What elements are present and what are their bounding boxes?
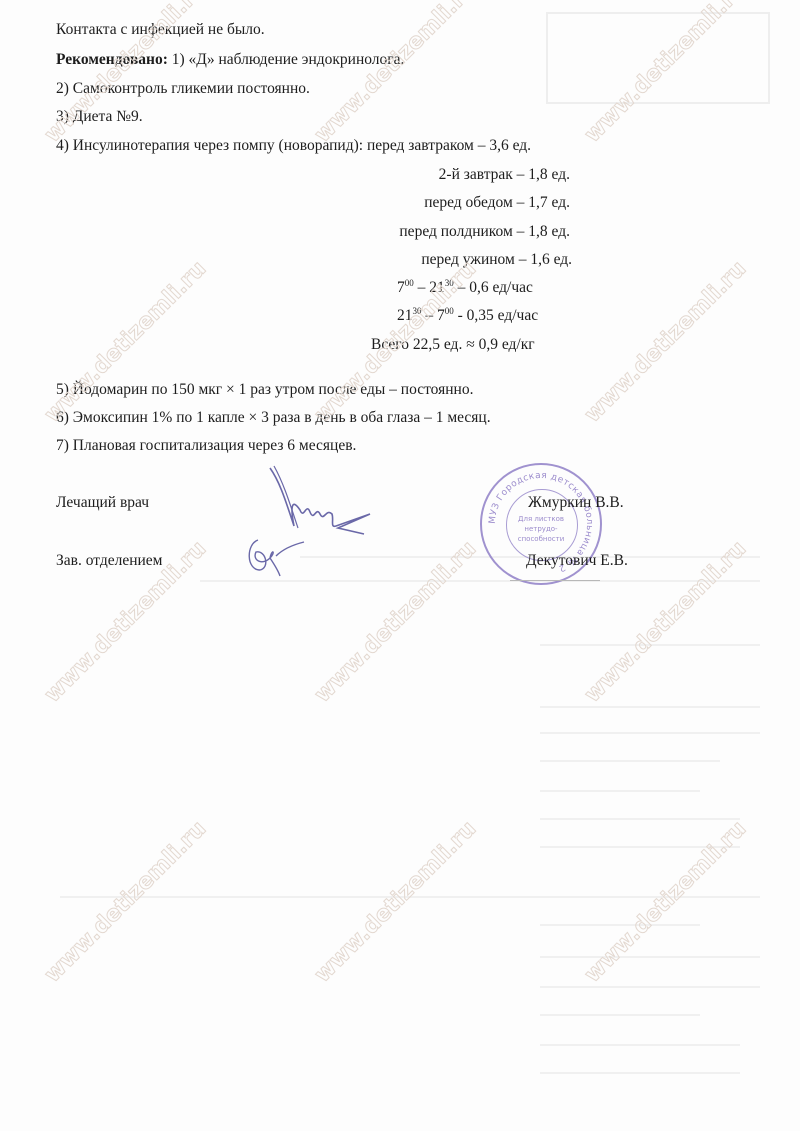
recommended-label: Рекомендовано: [56,51,168,68]
insulin-dose-lunch: перед обедом – 1,7 ед. [424,193,570,213]
insulin-dose-dinner: перед ужином – 1,6 ед. [421,250,572,270]
recommendation-7: 7) Плановая госпитализация через 6 месяц… [56,436,356,456]
watermark-text: www.detizemli.ru [580,256,751,427]
attending-physician-label: Лечащий врач [56,494,149,512]
department-head-label: Зав. отделением [56,552,163,570]
insulin-dose-snack: перед полдником – 1,8 ед. [399,222,570,242]
bleed-through-rule [540,1014,700,1016]
bleed-through-rule [200,580,760,582]
bleed-through-rule [540,644,760,646]
recommendation-3: 3) Диета №9. [56,107,143,127]
watermark-text: www.detizemli.ru [310,0,481,148]
svg-text:способности: способности [518,535,565,543]
recommendation-1: Рекомендовано: 1) «Д» наблюдение эндокри… [56,50,404,70]
bleed-through-rule [540,790,700,792]
intro-text: Контакта с инфекцией не было. [56,20,265,40]
bleed-through-rule [540,760,720,762]
watermark-text: www.detizemli.ru [40,816,211,987]
bleed-through-rule [540,1044,740,1046]
attending-physician-name: Жмуркин В.В. [528,494,624,512]
recommendation-4: 4) Инсулинотерапия через помпу (новорапи… [56,136,531,156]
department-head-signature [240,530,310,580]
recommendation-6: 6) Эмоксипин 1% по 1 капле × 3 раза в де… [56,408,491,428]
bleed-through-rule [540,956,760,958]
bleed-through-rule [540,732,760,734]
bleed-through-rule [540,706,760,708]
underline [510,580,600,581]
watermark-text: www.detizemli.ru [310,816,481,987]
recommendation-5: 5) Йодомарин по 150 мкг × 1 раз утром по… [56,380,473,400]
watermark-text: www.detizemli.ru [40,256,211,427]
bleed-through-rule [540,1072,740,1074]
bleed-through-rule [540,924,700,926]
bleed-through-rule [60,896,760,898]
bleed-through-header-box [546,12,770,104]
basal-rate-day: 700 – 2130 – 0,6 ед/час [397,278,533,298]
department-head-name: Декутович Е.В. [526,552,628,570]
recommendation-2: 2) Самоконтроль гликемии постоянно. [56,79,310,99]
document-page: Контакта с инфекцией не было. Рекомендов… [0,0,800,1131]
watermark-text: www.detizemli.ru [310,536,481,707]
svg-text:Для листков: Для листков [518,515,564,523]
recommendation-1-text: 1) «Д» наблюдение эндокринолога. [172,51,405,68]
basal-rate-night: 2130 – 700 - 0,35 ед/час [397,306,538,326]
bleed-through-rule [540,818,740,820]
insulin-total: Всего 22,5 ед. ≈ 0,9 ед/кг [371,335,535,355]
bleed-through-rule [540,986,760,988]
watermark-text: www.detizemli.ru [580,816,751,987]
bleed-through-rule [540,846,740,848]
svg-text:нетрудо-: нетрудо- [524,525,558,533]
insulin-dose-2nd-breakfast: 2-й завтрак – 1,8 ед. [439,165,570,185]
